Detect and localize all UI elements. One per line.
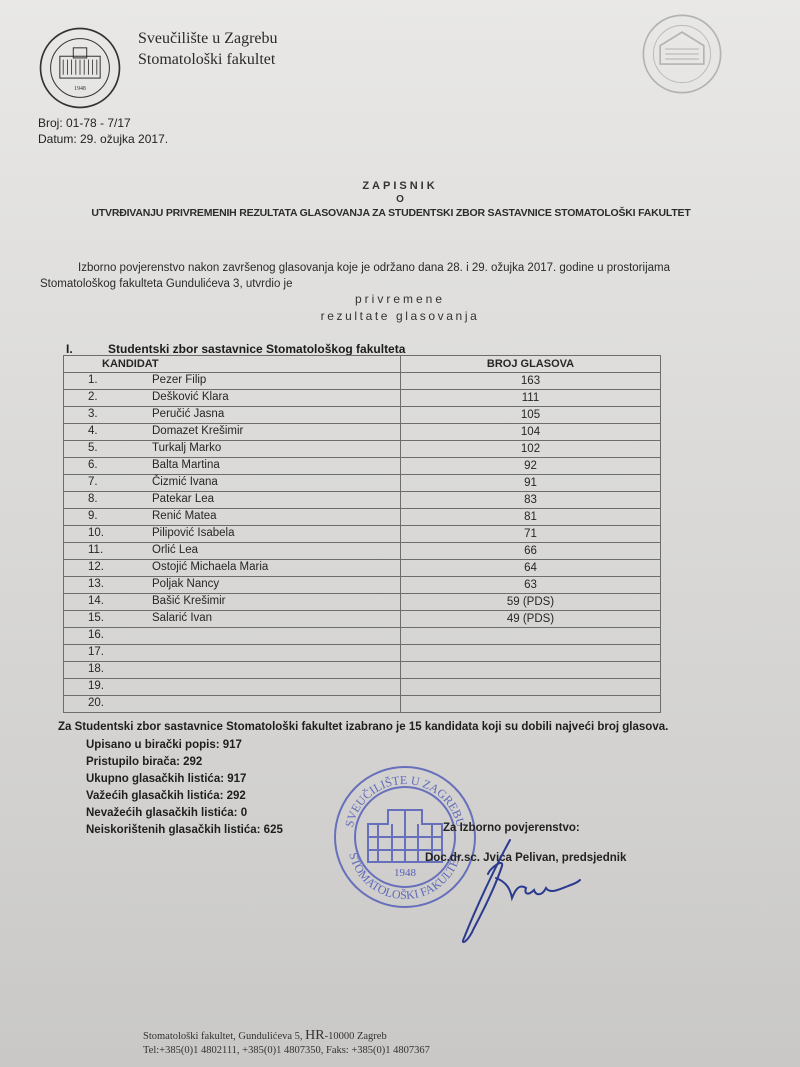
vote-count: 66 [401,543,661,560]
intro-line-2: Stomatološkog fakulteta Gundulićeva 3, u… [40,276,740,292]
table-row: 2.Dešković Klara111 [64,390,661,407]
vote-count: 63 [401,577,661,594]
table-row: 9.Renić Matea81 [64,509,661,526]
vote-count [401,696,661,713]
candidate-cell: 16. [64,628,401,645]
vote-count: 71 [401,526,661,543]
candidate-cell: 20. [64,696,401,713]
candidate-name: Dešković Klara [152,391,229,403]
candidate-name: Ostojić Michaela Maria [152,561,268,573]
table-row: 19. [64,679,661,696]
table-row: 5.Turkalj Marko102 [64,441,661,458]
row-number: 20. [88,697,104,709]
row-number: 13. [88,578,104,590]
candidate-name: Pilipović Isabela [152,527,234,539]
document-title-connector: O [0,194,800,205]
statistic-line: Ukupno glasačkih listića: 917 [86,771,283,788]
institution-name: Sveučilište u Zagrebu Stomatološki fakul… [138,28,278,70]
table-row: 16. [64,628,661,645]
table-row: 20. [64,696,661,713]
candidate-name: Turkalj Marko [152,442,221,454]
row-number: 6. [88,459,98,471]
row-number: 4. [88,425,98,437]
commission-label: Za Izborno povjerenstvo: [443,822,580,834]
candidate-cell: 6.Balta Martina [64,458,401,475]
candidate-name: Balta Martina [152,459,220,471]
candidate-cell: 11.Orlić Lea [64,543,401,560]
candidate-name: Poljak Nancy [152,578,219,590]
reference-number: Broj: 01-78 - 7/17 [38,115,168,131]
row-number: 17. [88,646,104,658]
candidate-cell: 13.Poljak Nancy [64,577,401,594]
vote-count: 102 [401,441,661,458]
intro-line-1: Izborno povjerenstvo nakon završenog gla… [40,260,740,276]
candidate-name: Čizmić Ivana [152,476,218,488]
row-number: 7. [88,476,98,488]
vote-count [401,662,661,679]
table-row: 8.Patekar Lea83 [64,492,661,509]
row-number: 18. [88,663,104,675]
vote-count: 83 [401,492,661,509]
candidate-cell: 5.Turkalj Marko [64,441,401,458]
row-number: 5. [88,442,98,454]
table-row: 4.Domazet Krešimir104 [64,424,661,441]
candidate-cell: 15.Salarić Ivan [64,611,401,628]
table-row: 14.Bašić Krešimir59 (PDS) [64,594,661,611]
vote-count: 104 [401,424,661,441]
vote-count: 111 [401,390,661,407]
university-name: Sveučilište u Zagrebu [138,28,278,49]
table-row: 17. [64,645,661,662]
candidate-cell: 18. [64,662,401,679]
row-number: 2. [88,391,98,403]
candidate-cell: 12.Ostojić Michaela Maria [64,560,401,577]
candidate-name: Bašić Krešimir [152,595,225,607]
statistic-line: Važećih glasačkih listića: 292 [86,788,283,805]
table-row: 6.Balta Martina92 [64,458,661,475]
candidate-cell: 8.Patekar Lea [64,492,401,509]
vote-count: 163 [401,373,661,390]
embossed-seal-icon [640,12,724,96]
candidate-cell: 19. [64,679,401,696]
candidate-cell: 10.Pilipović Isabela [64,526,401,543]
table-row: 13.Poljak Nancy63 [64,577,661,594]
candidate-cell: 17. [64,645,401,662]
row-number: 9. [88,510,98,522]
document-meta: Broj: 01-78 - 7/17 Datum: 29. ožujka 201… [38,115,168,147]
results-table: KANDIDAT BROJ GLASOVA 1.Pezer Filip1632.… [63,355,661,713]
column-header-candidate: KANDIDAT [64,356,401,373]
row-number: 16. [88,629,104,641]
vote-count [401,628,661,645]
vote-count: 105 [401,407,661,424]
faculty-logo-icon: 1948 [38,26,122,110]
candidate-cell: 4.Domazet Krešimir [64,424,401,441]
candidate-name: Patekar Lea [152,493,214,505]
candidate-name: Domazet Krešimir [152,425,243,437]
candidate-name: Renić Matea [152,510,217,522]
candidate-cell: 2.Dešković Klara [64,390,401,407]
row-number: 11. [88,544,103,556]
row-number: 19. [88,680,104,692]
statistic-line: Neiskorištenih glasačkih listića: 625 [86,822,283,839]
results-heading-2: rezultate glasovanja [0,309,800,323]
table-row: 7.Čizmić Ivana91 [64,475,661,492]
statistic-line: Pristupilo birača: 292 [86,754,283,771]
candidate-name: Peručić Jasna [152,408,224,420]
table-row: 3.Peručić Jasna105 [64,407,661,424]
candidate-name: Pezer Filip [152,374,206,386]
signature-icon [450,838,590,948]
candidate-cell: 7.Čizmić Ivana [64,475,401,492]
candidate-name: Orlić Lea [152,544,198,556]
vote-count: 59 (PDS) [401,594,661,611]
footer-address: Stomatološki fakultet, Gundulićeva 5, HR… [143,1029,430,1058]
candidate-cell: 14.Bašić Krešimir [64,594,401,611]
table-row: 18. [64,662,661,679]
intro-paragraph: Izborno povjerenstvo nakon završenog gla… [40,260,740,292]
candidate-cell: 1.Pezer Filip [64,373,401,390]
elected-statement: Za Studentski zbor sastavnice Stomatološ… [58,721,668,733]
svg-text:1948: 1948 [394,867,417,879]
table-row: 12.Ostojić Michaela Maria64 [64,560,661,577]
table-header-row: KANDIDAT BROJ GLASOVA [64,356,661,373]
statistic-line: Upisano u birački popis: 917 [86,737,283,754]
document-subtitle: UTVRĐIVANJU PRIVREMENIH REZULTATA GLASOV… [46,207,736,219]
vote-count: 91 [401,475,661,492]
section-title: Studentski zbor sastavnice Stomatološkog… [108,342,405,356]
row-number: 3. [88,408,98,420]
vote-count [401,645,661,662]
voting-statistics: Upisano u birački popis: 917Pristupilo b… [86,737,283,839]
svg-text:1948: 1948 [74,86,86,92]
row-number: 15. [88,612,104,624]
statistic-line: Nevažećih glasačkih listića: 0 [86,805,283,822]
vote-count: 64 [401,560,661,577]
candidate-cell: 9.Renić Matea [64,509,401,526]
footer-address-line: Stomatološki fakultet, Gundulićeva 5, HR… [143,1029,430,1044]
column-header-votes: BROJ GLASOVA [401,356,661,373]
table-row: 1.Pezer Filip163 [64,373,661,390]
vote-count [401,679,661,696]
document-title: ZAPISNIK [0,180,800,192]
vote-count: 81 [401,509,661,526]
table-row: 15.Salarić Ivan49 (PDS) [64,611,661,628]
vote-count: 49 (PDS) [401,611,661,628]
document-date: Datum: 29. ožujka 2017. [38,131,168,147]
results-heading-1: privremene [0,292,800,306]
section-number: I. [66,342,73,356]
row-number: 8. [88,493,98,505]
table-row: 10.Pilipović Isabela71 [64,526,661,543]
candidate-cell: 3.Peručić Jasna [64,407,401,424]
faculty-name: Stomatološki fakultet [138,49,278,70]
row-number: 10. [88,527,104,539]
vote-count: 92 [401,458,661,475]
row-number: 14. [88,595,104,607]
row-number: 1. [88,374,98,386]
footer-contact-line: Tel:+385(0)1 4802111, +385(0)1 4807350, … [143,1044,430,1058]
candidate-name: Salarić Ivan [152,612,212,624]
row-number: 12. [88,561,104,573]
table-row: 11.Orlić Lea66 [64,543,661,560]
